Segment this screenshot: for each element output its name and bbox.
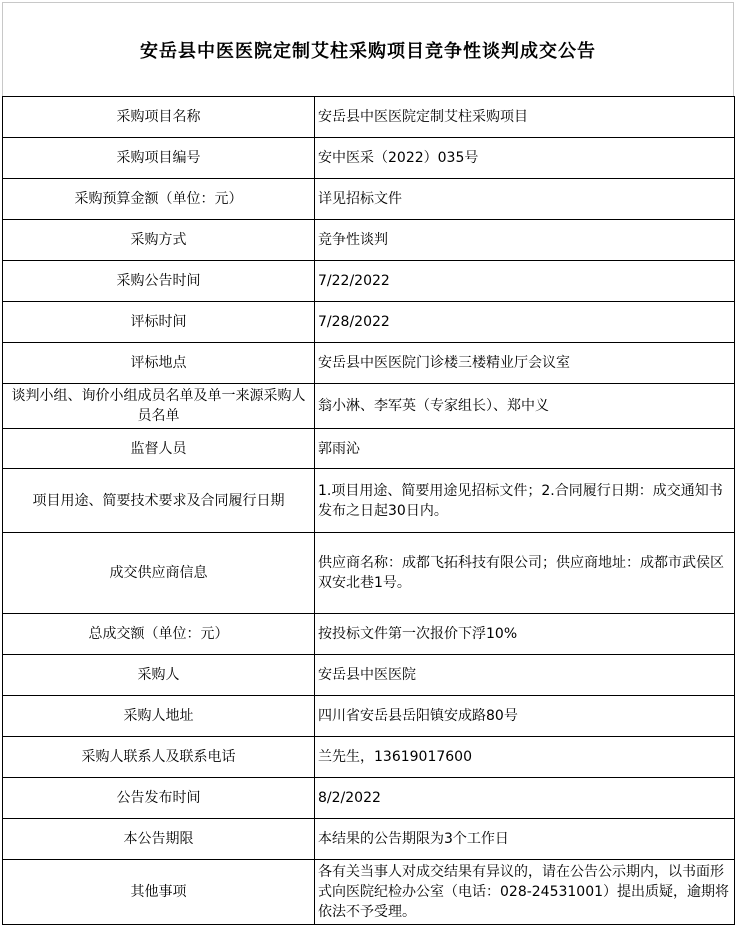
row-label: 采购人联系人及联系电话 <box>3 737 315 778</box>
row-value: 供应商名称：成都飞拓科技有限公司；供应商地址：成都市武侯区双安北巷1号。 <box>315 533 735 614</box>
page-title: 安岳县中医医院定制艾柱采购项目竞争性谈判成交公告 <box>140 37 596 63</box>
table-row: 采购人地址 四川省安岳县岳阳镇安成路80号 <box>3 696 735 737</box>
row-label: 谈判小组、询价小组成员名单及单一来源采购人员名单 <box>3 384 315 429</box>
row-value: 详见招标文件 <box>315 179 735 220</box>
row-value: 安岳县中医医院 <box>315 655 735 696</box>
table-row: 采购人联系人及联系电话 兰先生，13619017600 <box>3 737 735 778</box>
row-label: 监督人员 <box>3 429 315 469</box>
row-label: 其他事项 <box>3 860 315 925</box>
row-value: 7/22/2022 <box>315 261 735 302</box>
row-value: 1.项目用途、简要用途见招标文件；2.合同履行日期：成交通知书发布之日起30日内… <box>315 469 735 533</box>
table-row: 评标地点 安岳县中医医院门诊楼三楼精业厅会议室 <box>3 343 735 384</box>
row-value: 安中医采（2022）035号 <box>315 138 735 179</box>
row-label: 采购人地址 <box>3 696 315 737</box>
announcement-table: 采购项目名称 安岳县中医医院定制艾柱采购项目 采购项目编号 安中医采（2022）… <box>2 96 735 925</box>
row-label: 采购人 <box>3 655 315 696</box>
table-row: 本公告期限 本结果的公告期限为3个工作日 <box>3 819 735 860</box>
table-row: 项目用途、简要技术要求及合同履行日期 1.项目用途、简要用途见招标文件；2.合同… <box>3 469 735 533</box>
row-label: 总成交额（单位：元） <box>3 614 315 655</box>
row-value: 7/28/2022 <box>315 302 735 343</box>
table-row: 评标时间 7/28/2022 <box>3 302 735 343</box>
row-value: 郭雨沁 <box>315 429 735 469</box>
row-value: 安岳县中医医院定制艾柱采购项目 <box>315 97 735 138</box>
table-row: 采购人 安岳县中医医院 <box>3 655 735 696</box>
table-row: 成交供应商信息 供应商名称：成都飞拓科技有限公司；供应商地址：成都市武侯区双安北… <box>3 533 735 614</box>
row-value: 8/2/2022 <box>315 778 735 819</box>
row-label: 采购项目编号 <box>3 138 315 179</box>
row-value: 本结果的公告期限为3个工作日 <box>315 819 735 860</box>
announcement-page: 安岳县中医医院定制艾柱采购项目竞争性谈判成交公告 采购项目名称 安岳县中医医院定… <box>2 2 734 925</box>
row-value: 四川省安岳县岳阳镇安成路80号 <box>315 696 735 737</box>
table-row: 监督人员 郭雨沁 <box>3 429 735 469</box>
row-label: 评标时间 <box>3 302 315 343</box>
title-box: 安岳县中医医院定制艾柱采购项目竞争性谈判成交公告 <box>2 2 734 96</box>
row-value: 翁小淋、李军英（专家组长）、郑中义 <box>315 384 735 429</box>
row-label: 采购预算金额（单位：元） <box>3 179 315 220</box>
table-row: 公告发布时间 8/2/2022 <box>3 778 735 819</box>
table-row: 采购项目编号 安中医采（2022）035号 <box>3 138 735 179</box>
row-value: 各有关当事人对成交结果有异议的，请在公告公示期内，以书面形式向医院纪检办公室（电… <box>315 860 735 925</box>
table-row: 采购项目名称 安岳县中医医院定制艾柱采购项目 <box>3 97 735 138</box>
table-row: 采购预算金额（单位：元） 详见招标文件 <box>3 179 735 220</box>
row-label: 公告发布时间 <box>3 778 315 819</box>
table-row: 采购方式 竞争性谈判 <box>3 220 735 261</box>
row-label: 成交供应商信息 <box>3 533 315 614</box>
row-label: 评标地点 <box>3 343 315 384</box>
row-label: 采购方式 <box>3 220 315 261</box>
table-row: 采购公告时间 7/22/2022 <box>3 261 735 302</box>
row-value: 兰先生，13619017600 <box>315 737 735 778</box>
row-value: 竞争性谈判 <box>315 220 735 261</box>
row-value: 按投标文件第一次报价下浮10% <box>315 614 735 655</box>
table-row: 谈判小组、询价小组成员名单及单一来源采购人员名单 翁小淋、李军英（专家组长）、郑… <box>3 384 735 429</box>
row-label: 采购项目名称 <box>3 97 315 138</box>
table-row: 其他事项 各有关当事人对成交结果有异议的，请在公告公示期内，以书面形式向医院纪检… <box>3 860 735 925</box>
row-value: 安岳县中医医院门诊楼三楼精业厅会议室 <box>315 343 735 384</box>
row-label: 采购公告时间 <box>3 261 315 302</box>
row-label: 项目用途、简要技术要求及合同履行日期 <box>3 469 315 533</box>
table-row: 总成交额（单位：元） 按投标文件第一次报价下浮10% <box>3 614 735 655</box>
row-label: 本公告期限 <box>3 819 315 860</box>
